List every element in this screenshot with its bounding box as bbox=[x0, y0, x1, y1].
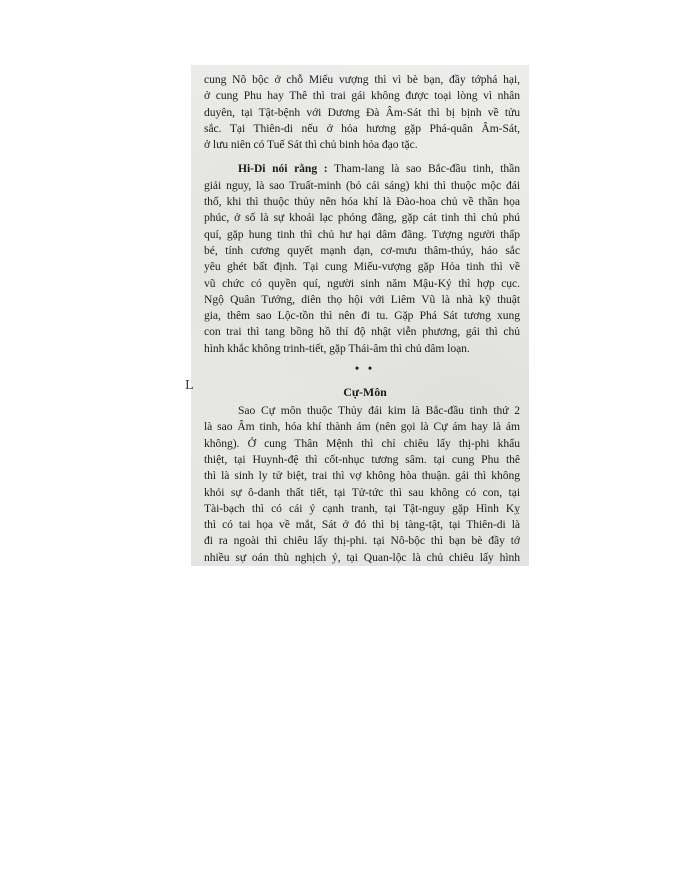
section-separator: • • bbox=[204, 357, 520, 381]
paragraph-3: Sao Cự môn thuộc Thủy đái kim là Bắc-đầu… bbox=[204, 403, 520, 566]
text-line: giải nguy, là sao Truất-minh (bỏ cái sán… bbox=[204, 178, 520, 194]
text-line: Sao Cự môn thuộc Thủy đái kim là Bắc-đầu… bbox=[204, 403, 520, 419]
text-line: Tài-bạch thì có cái ý cạnh tranh, tại Tậ… bbox=[204, 501, 520, 517]
paragraph-2: Hi-Di nói rằng : Tham-lang là sao Bắc-đầ… bbox=[204, 161, 520, 357]
paragraph-1: cung Nô bộc ở chỗ Miếu vượng thì vì bè b… bbox=[204, 72, 520, 153]
text-line: thiệt, tại Huynh-đệ thì cốt-nhục tương s… bbox=[204, 452, 520, 468]
text-fragment: Tham-lang là sao Bắc-đầu tinh, thần bbox=[328, 162, 520, 175]
text-line: nhiều sự oán thù nghịch ý, tại Quan-lộc … bbox=[204, 550, 520, 566]
text-line: sắc. Tại Thiên-di nếu ở hỏa hương gặp Ph… bbox=[204, 121, 520, 137]
text-line: vũ chức có quyền quí, người sinh năm Mậu… bbox=[204, 276, 520, 292]
text-line: quí, gặp hung tinh thì chủ hư hại dâm đã… bbox=[204, 227, 520, 243]
text-line-first: Hi-Di nói rằng : Tham-lang là sao Bắc-đầ… bbox=[204, 161, 520, 177]
text-line: cung Nô bộc ở chỗ Miếu vượng thì vì bè b… bbox=[204, 72, 520, 88]
section-heading: Cự-Môn bbox=[204, 381, 520, 403]
text-line: ở lưu niên có Tuế Sát thì chủ binh hỏa đ… bbox=[204, 137, 520, 153]
text-line: con trai thì tang bồng hồ thỉ độ nhật vi… bbox=[204, 324, 520, 340]
text-line: gia, thêm sao Lộc-tồn thì nên đi tu. Gặp… bbox=[204, 308, 520, 324]
scanned-page: cung Nô bộc ở chỗ Miếu vượng thì vì bè b… bbox=[191, 65, 529, 566]
text-line: bé, tính cương quyết mạnh dạn, cơ-mưu th… bbox=[204, 243, 520, 259]
text-line: khỏi sự ô-danh thất tiết, tại Tử-tức thì… bbox=[204, 485, 520, 501]
handwritten-margin-mark: L bbox=[185, 377, 193, 393]
text-line: thổ, khi thì thuộc thủy nên hóa khí là Đ… bbox=[204, 194, 520, 210]
text-line: yêu ghét bất định. Tại cung Miếu-vượng g… bbox=[204, 259, 520, 275]
text-line: phúc, ở số là sự khoái lạc phóng đãng, g… bbox=[204, 210, 520, 226]
paragraph-lead: Hi-Di nói rằng : bbox=[238, 162, 328, 175]
text-line: Ngộ Quân Tướng, diên thọ hội với Liêm Vũ… bbox=[204, 292, 520, 308]
text-line: duyên, tại Tật-bệnh với Dương Đà Âm-Sát … bbox=[204, 105, 520, 121]
text-line: ở cung Phu hay Thê thì trai gái không đư… bbox=[204, 88, 520, 104]
text-line: không). Ở cung Thân Mệnh thì chỉ chiêu l… bbox=[204, 436, 520, 452]
text-line: hình khắc không trinh-tiết, gặp Thái-âm … bbox=[204, 341, 520, 357]
text-line: là sao Âm tinh, hóa khí thành ám (nên gọ… bbox=[204, 419, 520, 435]
paragraph-gap bbox=[204, 153, 520, 161]
text-line: thì là sinh ly tử biệt, trai thì vợ khôn… bbox=[204, 468, 520, 484]
text-line: đi ra ngoài thì chiêu lấy thị-phi. tại N… bbox=[204, 533, 520, 549]
text-line: thì có tai họa về mắt, Sát ở đó thì bị t… bbox=[204, 517, 520, 533]
